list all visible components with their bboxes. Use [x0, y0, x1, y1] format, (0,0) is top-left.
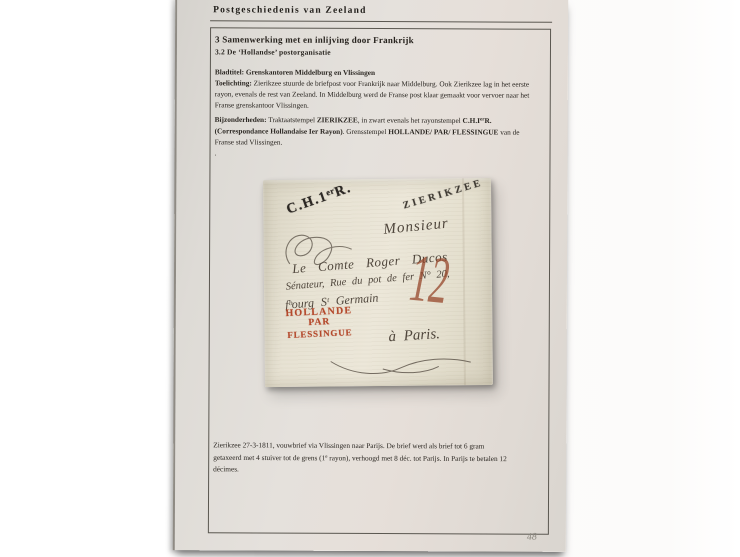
handwriting-monsieur: Monsieur: [383, 216, 450, 239]
cover-letter-photo: C.H.1erR. ZIERIKZEE Monsieur 12 Le Comte…: [263, 178, 493, 387]
page-title: Postgeschiedenis van Zeeland: [213, 5, 366, 16]
red-stamp-line-3: FLESSINGUE: [281, 327, 359, 341]
rayon-stamp-end: R.: [333, 181, 354, 201]
rayon-stamp: C.H.1erR.: [284, 180, 353, 219]
tax-marking-12: 12: [407, 245, 452, 315]
toelichting-label: Toelichting:: [215, 78, 252, 87]
bijzonderheden-run-3: , in zwart evenals het rayonstempel: [358, 115, 463, 124]
bijzonderheden-run-8: HOLLANDE/ PAR/ FLESSINGUE: [388, 127, 498, 136]
exhibit-caption: Zierikzee 27-3-1811, vouwbrief via Vliss…: [213, 439, 513, 475]
album-page: Postgeschiedenis van Zeeland 3 Samenwerk…: [173, 0, 568, 552]
subsection-heading: 3.2 De ‘Hollandse’ postorganisatie: [215, 47, 536, 57]
page-number: 48: [527, 531, 538, 543]
bladtitel-toelichting-paragraph: Bladtitel: Grenskantoren Middelburg en V…: [215, 66, 538, 111]
section-heading: 3 Samenwerking met en inlijving door Fra…: [215, 34, 536, 45]
title-underline: [210, 20, 552, 22]
hollande-par-flessingue-stamp: HOLLANDE PAR FLESSINGUE: [280, 305, 359, 341]
bijzonderheden-run-4: C.H.I: [463, 116, 480, 125]
bijzonderheden-label: Bijzonderheden:: [215, 115, 267, 124]
stray-period: .: [215, 147, 536, 159]
bijzonderheden-run-5: R.: [484, 116, 491, 125]
content-frame: 3 Samenwerking met en inlijving door Fra…: [208, 27, 551, 534]
bijzonderheden-run-6: (Correspondance Hollandaise Ier Rayon): [215, 126, 343, 136]
zierikzee-stamp: ZIERIKZEE: [402, 178, 485, 212]
rayon-stamp-text: C.H.1: [285, 189, 330, 217]
toelichting-text: Zierikzee stuurde de briefpost voor Fran…: [215, 78, 530, 109]
bijzonderheden-run-1: Traktaatstempel: [267, 115, 317, 124]
destination-flourish: [325, 352, 475, 377]
bijzonderheden-run-2: ZIERIKZEE: [317, 115, 358, 124]
photo-backdrop: Postgeschiedenis van Zeeland 3 Samenwerk…: [0, 0, 740, 557]
bijzonderheden-run-7: . Grensstempel: [343, 126, 389, 135]
handwriting-destination: à Paris.: [388, 326, 440, 346]
bijzonderheden-paragraph: Bijzonderheden: Traktaatstempel ZIERIKZE…: [215, 113, 538, 148]
bladtitel-text: Grenskantoren Middelburg en Vlissingen: [244, 67, 375, 77]
bladtitel-label: Bladtitel:: [215, 67, 244, 76]
